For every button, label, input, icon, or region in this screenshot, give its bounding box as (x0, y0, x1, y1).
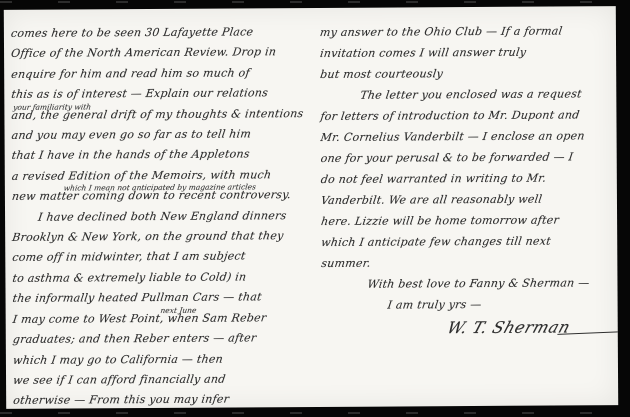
handwritten-line: to asthma & extremely liable to Cold) in (11, 267, 309, 289)
scan-edge-artifacts-bottom (0, 412, 630, 414)
handwritten-line: and you may even go so far as to tell hi… (10, 124, 308, 146)
signature: W. T. Sherman (444, 316, 618, 338)
handwritten-line: come off in midwinter, that I am subject (11, 246, 309, 268)
handwritten-line: I have declined both New England dinners (37, 206, 309, 228)
handwritten-line: graduates; and then Reber enters — after (11, 328, 309, 350)
handwritten-line: and, the general drift of my thoughts & … (10, 104, 308, 126)
handwritten-line: but most courteously (319, 62, 616, 85)
handwritten-line: enquire for him and read him so much of (10, 63, 308, 85)
handwritten-line: Vanderbilt. We are all reasonably well (320, 188, 617, 211)
handwritten-line: Mr. Cornelius Vanderbilt — I enclose an … (319, 125, 616, 148)
handwritten-line: one for your perusal & to be forwarded —… (319, 146, 616, 169)
handwritten-line: I am truly yrs — (386, 293, 617, 315)
scan-edge-artifacts-top (0, 1, 630, 3)
letter-paper: comes here to be seen 30 Lafayette Place… (4, 6, 618, 409)
handwritten-line: invitation comes I will answer truly (319, 41, 616, 64)
handwritten-line: comes here to be seen 30 Lafayette Place (10, 22, 308, 44)
handwritten-line: that I have in the hands of the Appleton… (10, 144, 308, 166)
handwritten-line: we see if I can afford financially and (12, 369, 310, 391)
handwritten-line: Brooklyn & New York, on the ground that … (11, 226, 309, 248)
handwritten-line: new matter coming down to recent controv… (11, 185, 309, 207)
handwritten-line: do not feel warranted in writing to Mr. (319, 167, 616, 190)
scanned-letter: comes here to be seen 30 Lafayette Place… (0, 0, 630, 417)
letter-left-column: comes here to be seen 30 Lafayette Place… (4, 8, 312, 409)
handwritten-line: With best love to Fanny & Sherman — (366, 272, 617, 295)
handwritten-line: Office of the North American Review. Dro… (10, 42, 308, 64)
handwritten-line: my answer to the Ohio Club — If a formal (319, 20, 616, 43)
letter-right-column: my answer to the Ohio Club — If a formal… (310, 6, 618, 407)
handwritten-line: I may come to West Point, when Sam Reber (11, 308, 309, 330)
handwritten-line: otherwise — From this you may infer (12, 389, 310, 409)
handwritten-line: which I may go to California — then (12, 349, 310, 371)
handwritten-line: summer. (320, 251, 617, 274)
handwritten-line: here. Lizzie will be home tomorrow after (320, 209, 617, 232)
handwritten-line: The letter you enclosed was a request (359, 83, 616, 106)
handwritten-line: which I anticipate few changes till next (320, 230, 617, 253)
handwritten-line: for letters of introduction to Mr. Dupon… (319, 104, 616, 127)
